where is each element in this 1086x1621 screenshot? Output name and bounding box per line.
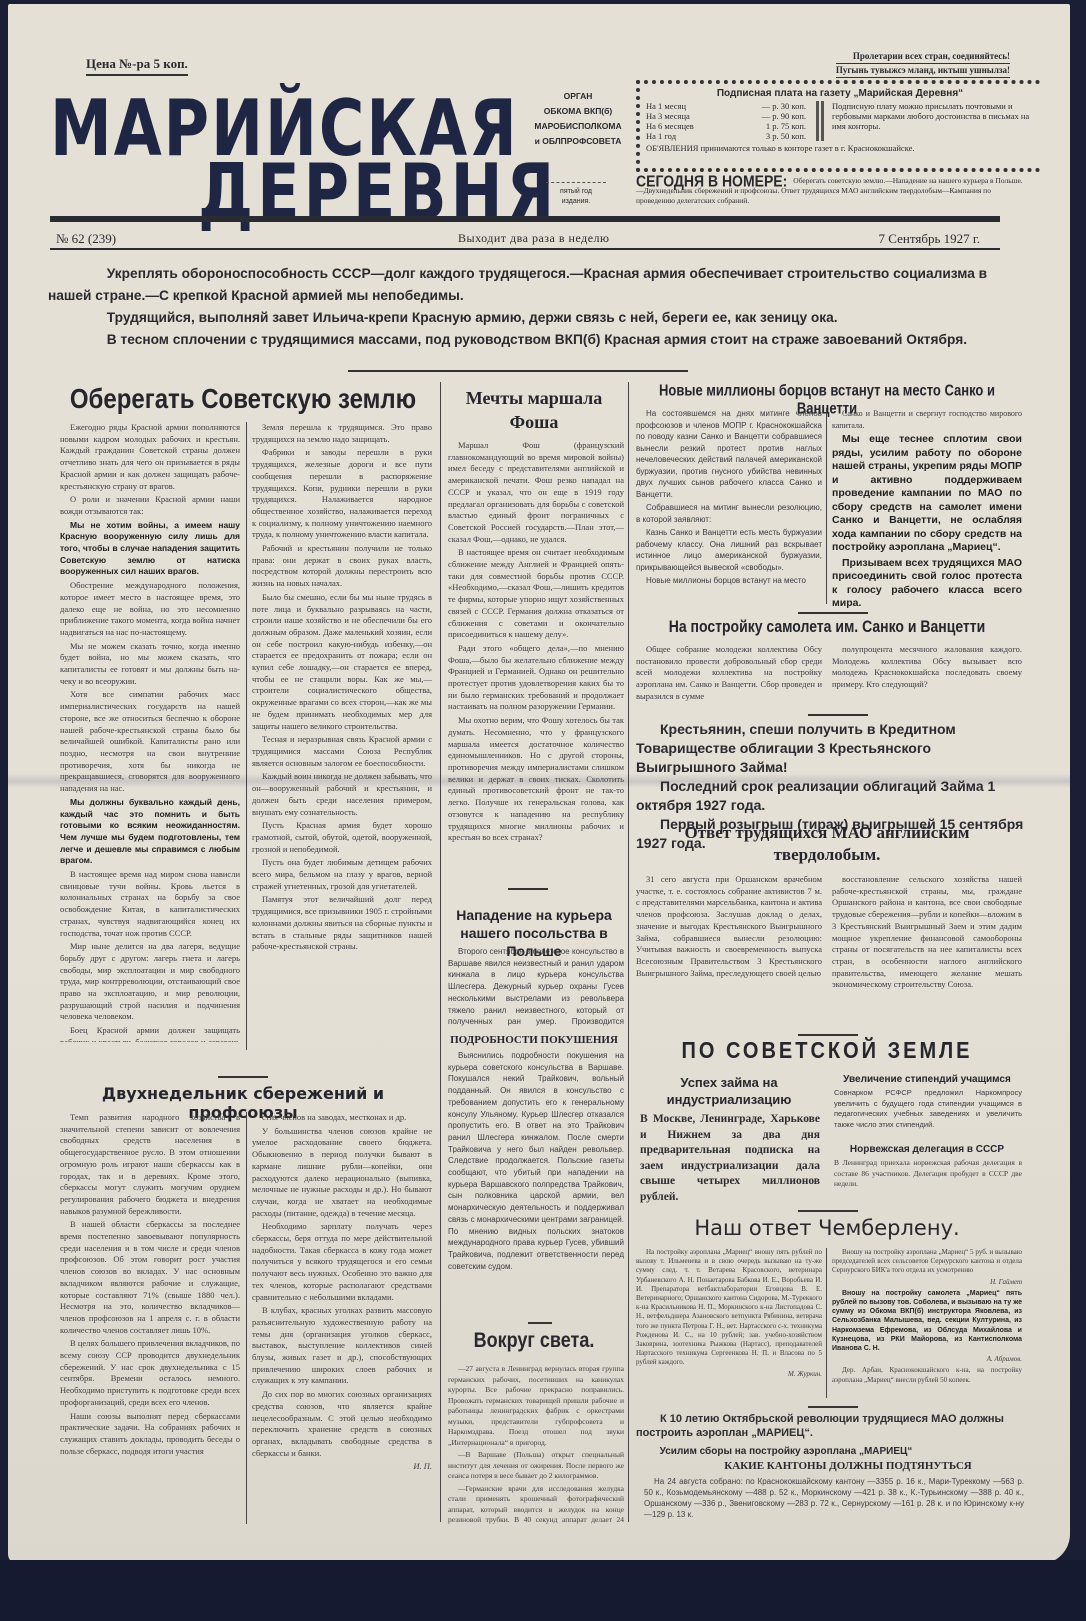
column-divider <box>628 382 629 1522</box>
news-title: Успех займа на индустриализацию <box>636 1074 822 1108</box>
article-column: восстановление сельского хозяйства нашей… <box>832 874 1022 1000</box>
in-this-issue: СЕГОДНЯ В НОМЕРЕ: Оберегать советскую зе… <box>636 176 1024 206</box>
article-title: Мечты маршала Фоша <box>444 386 624 434</box>
article-body: Выяснились подробности покушения на курь… <box>448 1050 624 1300</box>
organ-line: ОБКОМА ВКП(б) <box>528 104 628 119</box>
news-body: В Москве, Ленинграде, Харькове и Нижнем … <box>640 1112 820 1205</box>
article-column: На состоявшемся на днях митинге членов п… <box>636 408 822 608</box>
column-divider <box>246 422 247 1050</box>
article-column: На постройку аэроплана „Мариец“ вношу пя… <box>636 1248 822 1398</box>
masthead-rule-bottom <box>50 248 1000 250</box>
in-this-issue-label: СЕГОДНЯ В НОМЕРЕ: <box>636 176 787 187</box>
divider <box>798 612 868 614</box>
news-title: Норвежская делегация в СССР <box>832 1144 1022 1155</box>
article-column: Общее собрание молодежи коллектива Обсу … <box>636 644 822 708</box>
divider <box>798 1034 858 1036</box>
news-title: Увеличение стипендий учащимся <box>832 1074 1022 1085</box>
article-column: 31 сего августа при Оршанском врачебном … <box>636 874 822 1000</box>
article-column: полупроцента месячного жалования каждого… <box>832 644 1022 708</box>
slogan-russian: Пролетарии всех стран, соединяйтесь! <box>836 50 1010 64</box>
issue-price: Цена №-ра 5 коп. <box>86 56 188 76</box>
article-title: Оберегать Советскую землю <box>48 384 438 416</box>
article-title: Вокруг света. <box>444 1328 624 1353</box>
issue-date: 7 Сентябрь 1927 г. <box>879 231 980 247</box>
article-title: Наш ответ Чемберлену. <box>632 1216 1022 1240</box>
rate-row: На 1 месяц— р. 30 коп. <box>646 101 806 111</box>
issue-number: № 62 (239) <box>56 231 116 247</box>
article-body: Маршал Фош (французский главнокомандующи… <box>448 440 624 880</box>
subscription-title: Подписная плата на газету „Марийская Дер… <box>646 88 1034 99</box>
subscription-note: Подписную плату можно присылать почтовым… <box>816 101 1034 141</box>
subscription-rates: На 1 месяц— р. 30 коп. На 3 месяца— р. 9… <box>646 101 806 141</box>
rate-row: На 6 месяцев1 р. 75 коп. <box>646 121 806 131</box>
article-column: Земля перешла к трудящимся. Это право тр… <box>252 422 432 1052</box>
article-column: Санко и Ванцетти и свергнут господство м… <box>832 408 1022 608</box>
banner-slogan: Трудящийся, выполняй завет Ильича-крепи … <box>48 306 1018 328</box>
slogans: Пролетарии всех стран, соединяйтесь! Пуг… <box>836 50 1010 78</box>
section-title: ПО СОВЕТСКОЙ ЗЕМЛЕ <box>632 1038 1022 1064</box>
article-column: Вношу на постройку аэроплана „Мариец“ 5 … <box>832 1248 1022 1398</box>
column-divider <box>826 1248 827 1398</box>
mariets-body: На 24 августа собрано: по Краснококшайск… <box>644 1476 1024 1522</box>
article-body: Второго сентября в советское консульство… <box>448 946 624 1030</box>
divider <box>218 1076 268 1078</box>
slogan-mari: Пугынь тувыжсэ мланд, иктыш ушнылза! <box>836 64 1010 78</box>
publication-year: пятый год издания. <box>546 182 606 207</box>
subheading: ПОДРОБНОСТИ ПОКУШЕНИЯ <box>444 1034 624 1046</box>
article-title: На постройку самолета им. Санко и Ванцет… <box>632 616 1022 635</box>
loan-line: Последний срок реализации облигаций Займ… <box>636 777 1024 815</box>
publisher-organ: ОРГАН ОБКОМА ВКП(б) МАРОБИСПОЛКОМА и ОБЛ… <box>528 89 628 149</box>
article-column: Ежегодно ряды Красной армии пополняются … <box>60 422 240 1042</box>
article-title: Ответ трудящихся МАО английским твердоло… <box>632 822 1022 866</box>
organ-line: МАРОБИСПОЛКОМА <box>528 119 628 134</box>
banner-slogan: Укреплять обороноспособность СССР—долг к… <box>48 262 1018 306</box>
ads-notice: ОБ'ЯВЛЕНИЯ принимаются только в конторе … <box>646 143 1034 153</box>
organ-line: и ОБЛПРОФСОВЕТА <box>528 134 628 149</box>
mariets-subtitle: КАКИЕ КАНТОНЫ ДОЛЖНЫ ПОДТЯНУТЬСЯ <box>688 1460 1008 1472</box>
loan-line: Крестьянин, спеши получить в Кредитном Т… <box>636 720 1024 777</box>
masthead-rule <box>50 216 1000 222</box>
mariets-title: К 10 летию Октябрьской революции трудящи… <box>636 1412 1024 1440</box>
column-divider <box>246 1112 247 1524</box>
subscription-box: Подписная плата на газету „Марийская Дер… <box>636 80 1040 172</box>
banner-slogan: В тесном сплочении с трудящимися массами… <box>48 328 1018 350</box>
newspaper-page: Цена №-ра 5 коп. МАРИЙСКАЯ ДЕРЕВНЯ ОРГАН… <box>8 4 1070 1564</box>
divider <box>528 1322 552 1324</box>
divider <box>348 370 688 372</box>
column-divider <box>440 382 441 1522</box>
article-column: стия членов на заводах, местконах и др. … <box>252 1112 432 1524</box>
article-body: —27 августа в Ленинград вернулась вторая… <box>448 1364 624 1524</box>
divider <box>808 1406 858 1408</box>
divider <box>808 714 868 716</box>
column-divider <box>826 408 827 604</box>
organ-line: ОРГАН <box>528 89 628 104</box>
news-body: В Ленинград приехала норвежская рабочая … <box>834 1158 1022 1190</box>
banner-slogans: Укреплять обороноспособность СССР—долг к… <box>48 262 1018 350</box>
publication-frequency: Выходит два раза в неделю <box>458 231 610 246</box>
news-body: Совнарком РСФСР предложил Наркомпросу ув… <box>834 1088 1022 1130</box>
scan-background <box>0 1560 1086 1621</box>
mariets-subtitle: Усилим сборы на постройку аэроплана „МАР… <box>636 1446 936 1457</box>
article-column: Темп развития народного хозяйства в знач… <box>60 1112 240 1524</box>
rate-row: На 1 год3 р. 50 коп. <box>646 131 806 141</box>
divider <box>508 888 548 890</box>
divider <box>798 1210 858 1212</box>
rate-row: На 3 месяца— р. 90 коп. <box>646 111 806 121</box>
